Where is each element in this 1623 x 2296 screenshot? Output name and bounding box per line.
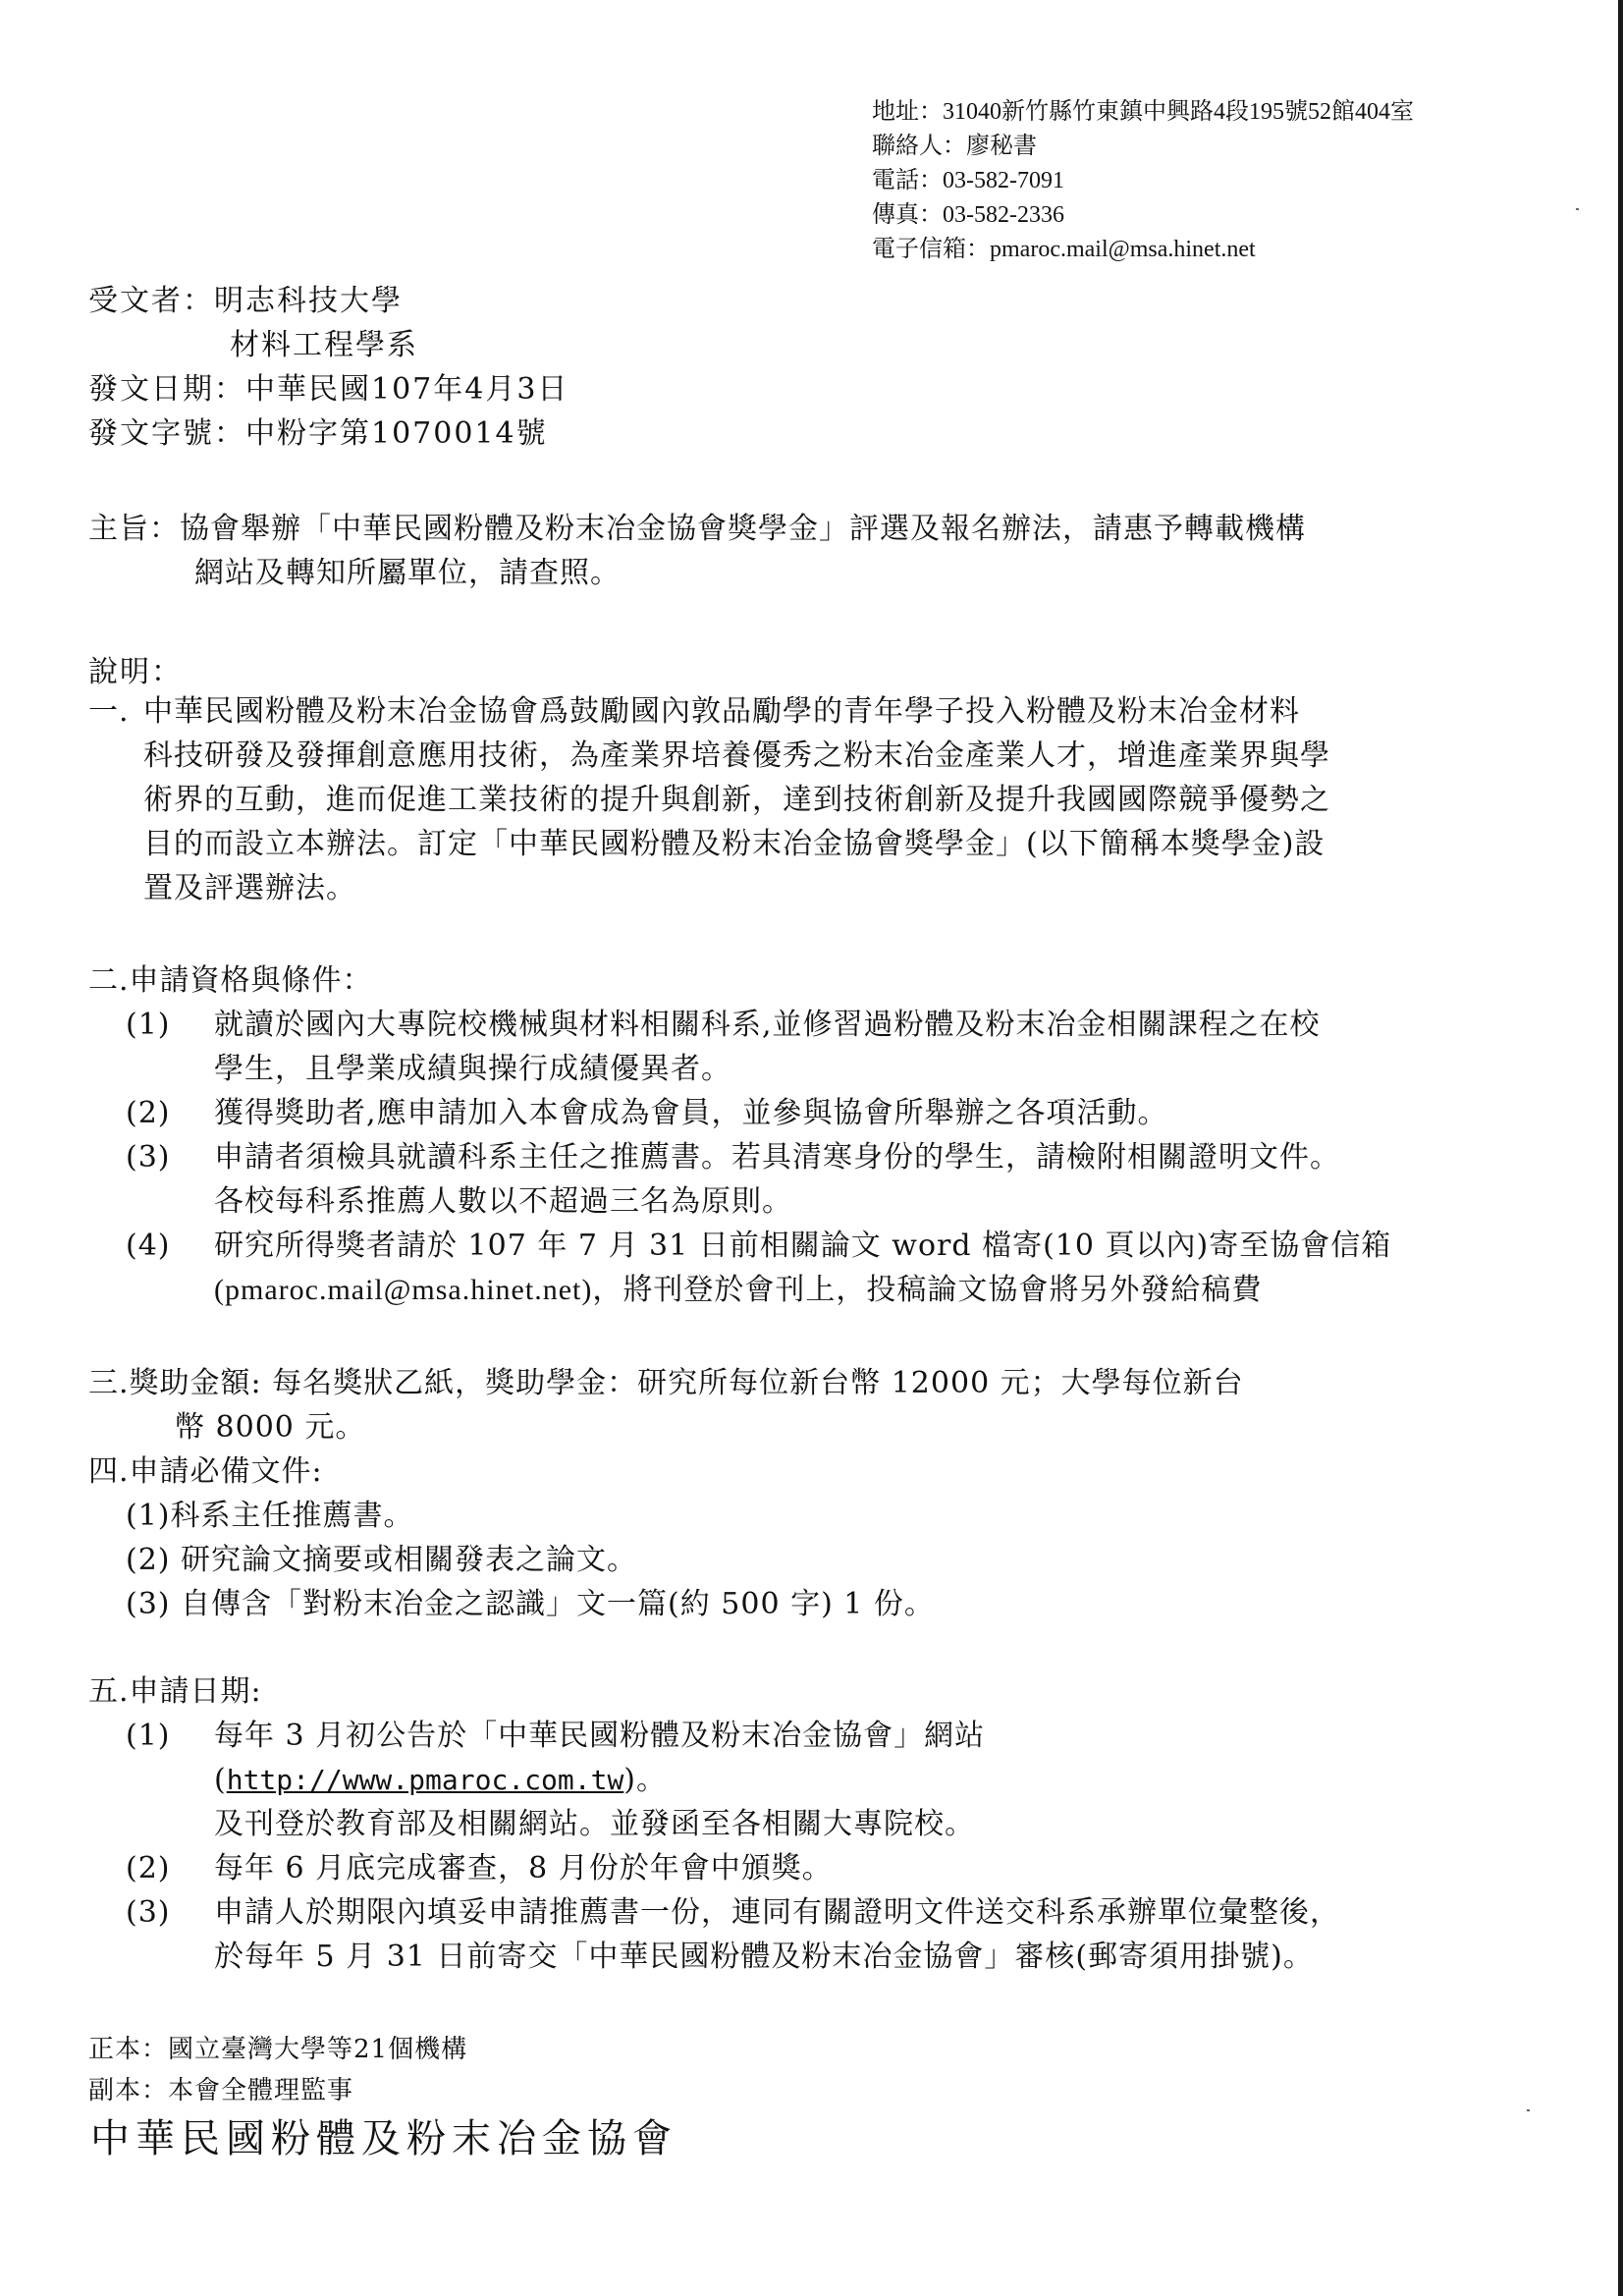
document-meta: 受文者：明志科技大學 材料工程學系 發文日期：中華民國107年4月3日 發文字號… <box>88 279 568 456</box>
item-number: (1) <box>126 1003 214 1047</box>
address-value: 31040新竹縣竹東鎮中興路4段195號52館404室 <box>943 99 1414 125</box>
item-text: 獲得獎助者,應申請加入本會成為會員，並參與協會所舉辦之各項活動。 <box>214 1096 1168 1130</box>
item-number: (2) <box>126 1091 214 1135</box>
item-text-continued: 於每年 5 月 31 日前寄交「中華民國粉體及粉末冶金協會」審核(郵寄須用掛號)… <box>88 1935 1340 1979</box>
scan-speck <box>1576 208 1579 210</box>
section-3-line-2: 幣 8000 元。 <box>88 1405 1244 1449</box>
item-text: 申請者須檢具就讀科系主任之推薦書。若具清寒身份的學生，請檢附相關證明文件。 <box>214 1140 1340 1175</box>
subject-line-1: 主旨：協會舉辦「中華民國粉體及粉末冶金協會獎學金」評選及報名辦法，請惠予轉載機構 <box>88 507 1306 551</box>
section-1-line: 目的而設立本辦法。訂定「中華民國粉體及粉末冶金協會獎學金」(以下簡稱本獎學金)設 <box>88 822 1330 866</box>
section-5-item: (2)每年 6 月底完成審查，8 月份於年會中頒獎。 <box>88 1846 1340 1890</box>
section-4-item: (1)科系主任推薦書。 <box>88 1494 935 1538</box>
section-2-item: (3)申請者須檢具就讀科系主任之推薦書。若具清寒身份的學生，請檢附相關證明文件。 <box>88 1135 1391 1179</box>
scan-speck <box>1527 2109 1530 2111</box>
item-text: 申請人於期限內填妥申請推薦書一份，連同有關證明文件送交科系承辦單位彙整後， <box>214 1895 1340 1930</box>
recipient-line-2: 材料工程學系 <box>88 323 568 367</box>
item-text-continued: 學生，且學業成績與操行成績優異者。 <box>88 1047 1391 1091</box>
contact-line: 聯絡人：廖秘書 <box>872 129 1414 163</box>
recipient-label: 受文者： <box>88 284 214 318</box>
item-text-continued: (pmaroc.mail@msa.hinet.net)，將刊登於會刊上，投稿論文… <box>88 1268 1391 1312</box>
original-value: 國立臺灣大學等21個機構 <box>168 2035 467 2064</box>
item-text-continued: 及刊登於教育部及相關網站。並發函至各相關大專院校。 <box>88 1802 1340 1846</box>
issue-date-value: 中華民國107年4月3日 <box>245 372 568 407</box>
email-value: pmaroc.mail@msa.hinet.net <box>990 237 1256 262</box>
issuing-organization-signature: 中華民國粉體及粉末冶金協會 <box>90 2111 677 2166</box>
website-line: (http://www.pmaroc.com.tw)。 <box>88 1758 1340 1802</box>
fax-value: 03-582-2336 <box>943 202 1064 228</box>
original-label: 正本： <box>88 2035 168 2064</box>
section-1-line: 一.中華民國粉體及粉末冶金協會爲鼓勵國內敦品勵學的青年學子投入粉體及粉末冶金材料 <box>88 689 1330 734</box>
email-label: 電子信箱： <box>872 235 990 262</box>
distribution-block: 正本：國立臺灣大學等21個機構 副本：本會全體理監事 <box>88 2029 467 2111</box>
url-close-paren: )。 <box>623 1763 667 1797</box>
section-1: 一.中華民國粉體及粉末冶金協會爲鼓勵國內敦品勵學的青年學子投入粉體及粉末冶金材料… <box>88 689 1330 910</box>
subject-line-2: 網站及轉知所屬單位，請查照。 <box>88 551 1306 595</box>
section-5-item: (3)申請人於期限內填妥申請推薦書一份，連同有關證明文件送交科系承辦單位彙整後， <box>88 1890 1340 1935</box>
subject-block: 主旨：協會舉辦「中華民國粉體及粉末冶金協會獎學金」評選及報名辦法，請惠予轉載機構… <box>88 507 1306 595</box>
fax-line: 傳真：03-582-2336 <box>872 197 1414 232</box>
explanation-label: 說明： <box>88 650 183 694</box>
website-link[interactable]: http://www.pmaroc.com.tw <box>227 1764 624 1796</box>
issue-date-label: 發文日期： <box>88 372 245 407</box>
issue-number-value: 中粉字第1070014號 <box>245 416 548 451</box>
issue-date-line: 發文日期：中華民國107年4月3日 <box>88 367 568 411</box>
section-5: 五.申請日期: (1)每年 3 月初公告於「中華民國粉體及粉末冶金協會」網站 (… <box>88 1669 1340 1979</box>
phone-value: 03-582-7091 <box>943 168 1064 193</box>
section-4-item: (3) 自傳含「對粉末冶金之認識」文一篇(約 500 字) 1 份。 <box>88 1582 935 1626</box>
contact-block: 地址：31040新竹縣竹東鎮中興路4段195號52館404室 聯絡人：廖秘書 電… <box>872 94 1414 266</box>
item-text: 每年 6 月底完成審查，8 月份於年會中頒獎。 <box>214 1851 833 1886</box>
recipient-department: 材料工程學系 <box>230 328 418 362</box>
original-recipients-line: 正本：國立臺灣大學等21個機構 <box>88 2029 467 2070</box>
copy-value: 本會全體理監事 <box>168 2076 353 2105</box>
section-4-title: 四.申請必備文件: <box>88 1449 935 1494</box>
section-4-item: (2) 研究論文摘要或相關發表之論文。 <box>88 1538 935 1582</box>
address-label: 地址： <box>872 97 943 125</box>
item-text: 每年 3 月初公告於「中華民國粉體及粉末冶金協會」網站 <box>214 1719 985 1753</box>
section-1-text: 中華民國粉體及粉末冶金協會爲鼓勵國內敦品勵學的青年學子投入粉體及粉末冶金材料 <box>143 694 1300 729</box>
fax-label: 傳真： <box>872 200 943 228</box>
subject-text-1: 協會舉辦「中華民國粉體及粉末冶金協會獎學金」評選及報名辦法，請惠予轉載機構 <box>180 512 1306 546</box>
item-number: (2) <box>126 1846 214 1890</box>
section-5-item: (1)每年 3 月初公告於「中華民國粉體及粉末冶金協會」網站 <box>88 1714 1340 1758</box>
section-2: 二.申請資格與條件： (1)就讀於國內大專院校機械與材料相關科系,並修習過粉體及… <box>88 958 1391 1312</box>
section-3: 三.獎助金額: 每名獎狀乙紙，獎助學金：研究所每位新台幣 12000 元；大學每… <box>88 1361 1244 1449</box>
scan-edge-border <box>1618 0 1623 2296</box>
issue-number-label: 發文字號： <box>88 416 245 451</box>
section-1-line: 科技研發及發揮創意應用技術，為產業界培養優秀之粉末冶金產業人才，增進產業界與學 <box>88 734 1330 778</box>
copy-recipients-line: 副本：本會全體理監事 <box>88 2070 467 2111</box>
item-text: 就讀於國內大專院校機械與材料相關科系,並修習過粉體及粉末冶金相關課程之在校 <box>214 1008 1321 1042</box>
section-4: 四.申請必備文件: (1)科系主任推薦書。 (2) 研究論文摘要或相關發表之論文… <box>88 1449 935 1626</box>
subject-text-2: 網站及轉知所屬單位，請查照。 <box>194 556 621 590</box>
section-2-item: (2)獲得獎助者,應申請加入本會成為會員，並參與協會所舉辦之各項活動。 <box>88 1091 1391 1135</box>
subject-label: 主旨： <box>88 512 180 546</box>
section-5-title: 五.申請日期: <box>88 1669 1340 1714</box>
item-text-continued: 各校每科系推薦人數以不超過三名為原則。 <box>88 1179 1391 1224</box>
address-line: 地址：31040新竹縣竹東鎮中興路4段195號52館404室 <box>872 94 1414 129</box>
item-number: (1) <box>126 1714 214 1758</box>
url-open-paren: ( <box>214 1763 227 1797</box>
issue-number-line: 發文字號：中粉字第1070014號 <box>88 411 568 456</box>
phone-label: 電話： <box>872 166 943 193</box>
item-number: (3) <box>126 1890 214 1935</box>
recipient-line: 受文者：明志科技大學 <box>88 279 568 323</box>
item-text: 研究所得獎者請於 107 年 7 月 31 日前相關論文 word 檔寄(10 … <box>214 1229 1391 1263</box>
section-2-item: (1)就讀於國內大專院校機械與材料相關科系,並修習過粉體及粉末冶金相關課程之在校 <box>88 1003 1391 1047</box>
item-number: (3) <box>126 1135 214 1179</box>
copy-label: 副本： <box>88 2076 168 2105</box>
contact-label: 聯絡人： <box>872 132 966 159</box>
phone-line: 電話：03-582-7091 <box>872 163 1414 197</box>
recipient-value: 明志科技大學 <box>214 284 403 318</box>
section-1-line: 術界的互動，進而促進工業技術的提升與創新，達到技術創新及提升我國國際競爭優勢之 <box>88 778 1330 822</box>
contact-value: 廖秘書 <box>966 132 1037 159</box>
section-2-title: 二.申請資格與條件： <box>88 958 1391 1003</box>
section-1-number: 一. <box>88 689 143 734</box>
email-line: 電子信箱：pmaroc.mail@msa.hinet.net <box>872 232 1414 266</box>
section-3-line-1: 三.獎助金額: 每名獎狀乙紙，獎助學金：研究所每位新台幣 12000 元；大學每… <box>88 1361 1244 1405</box>
item-number: (4) <box>126 1224 214 1268</box>
section-2-item: (4)研究所得獎者請於 107 年 7 月 31 日前相關論文 word 檔寄(… <box>88 1224 1391 1268</box>
section-1-line: 置及評選辦法。 <box>88 866 1330 910</box>
